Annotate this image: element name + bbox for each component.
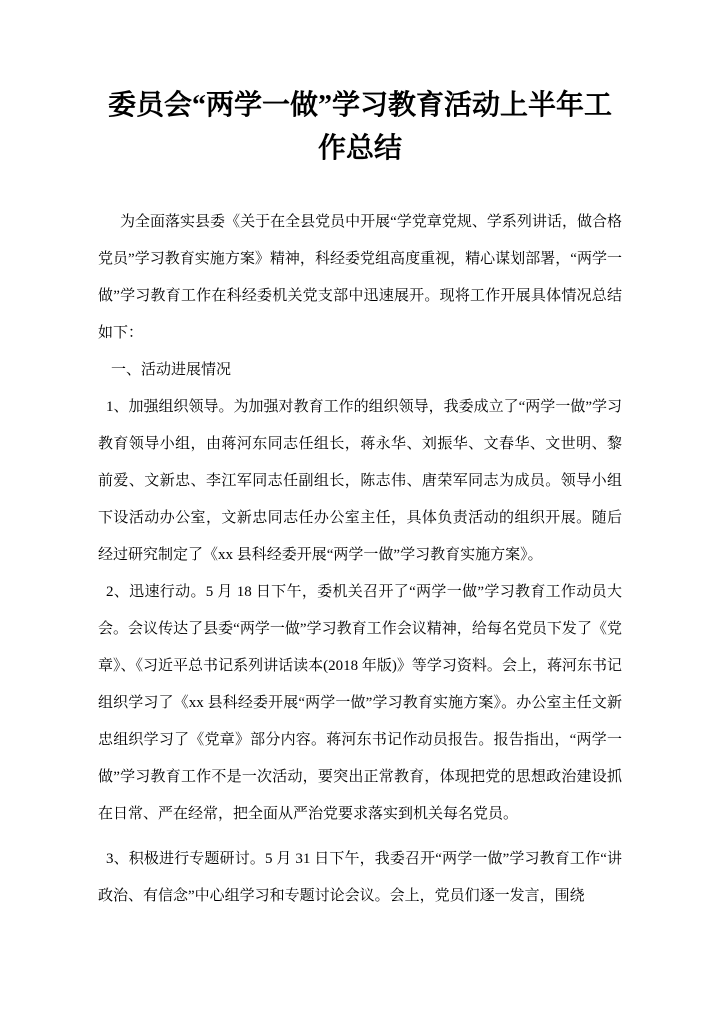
section-heading-activity-progress: 一、活动进展情况 (98, 352, 622, 389)
paragraph-item-2-rapid-action: 2、迅速行动。5 月 18 日下午，委机关召开了“两学一做”学习教育工作动员大会… (98, 574, 622, 833)
document-body: 为全面落实县委《关于在全县党员中开展“学党章党规、学系列讲话，做合格党员”学习教… (98, 204, 622, 915)
document-page: 委员会“两学一做”学习教育活动上半年工作总结 为全面落实县委《关于在全县党员中开… (0, 0, 721, 1020)
paragraph-intro: 为全面落实县委《关于在全县党员中开展“学党章党规、学系列讲话，做合格党员”学习教… (98, 204, 622, 352)
paragraph-item-3-special-topic-discussion: 3、积极进行专题研讨。5 月 31 日下午，我委召开“两学一做”学习教育工作“讲… (98, 841, 622, 915)
document-title: 委员会“两学一做”学习教育活动上半年工作总结 (98, 0, 622, 170)
paragraph-item-1-organization-leadership: 1、加强组织领导。为加强对教育工作的组织领导，我委成立了“两学一做”学习教育领导… (98, 389, 622, 574)
